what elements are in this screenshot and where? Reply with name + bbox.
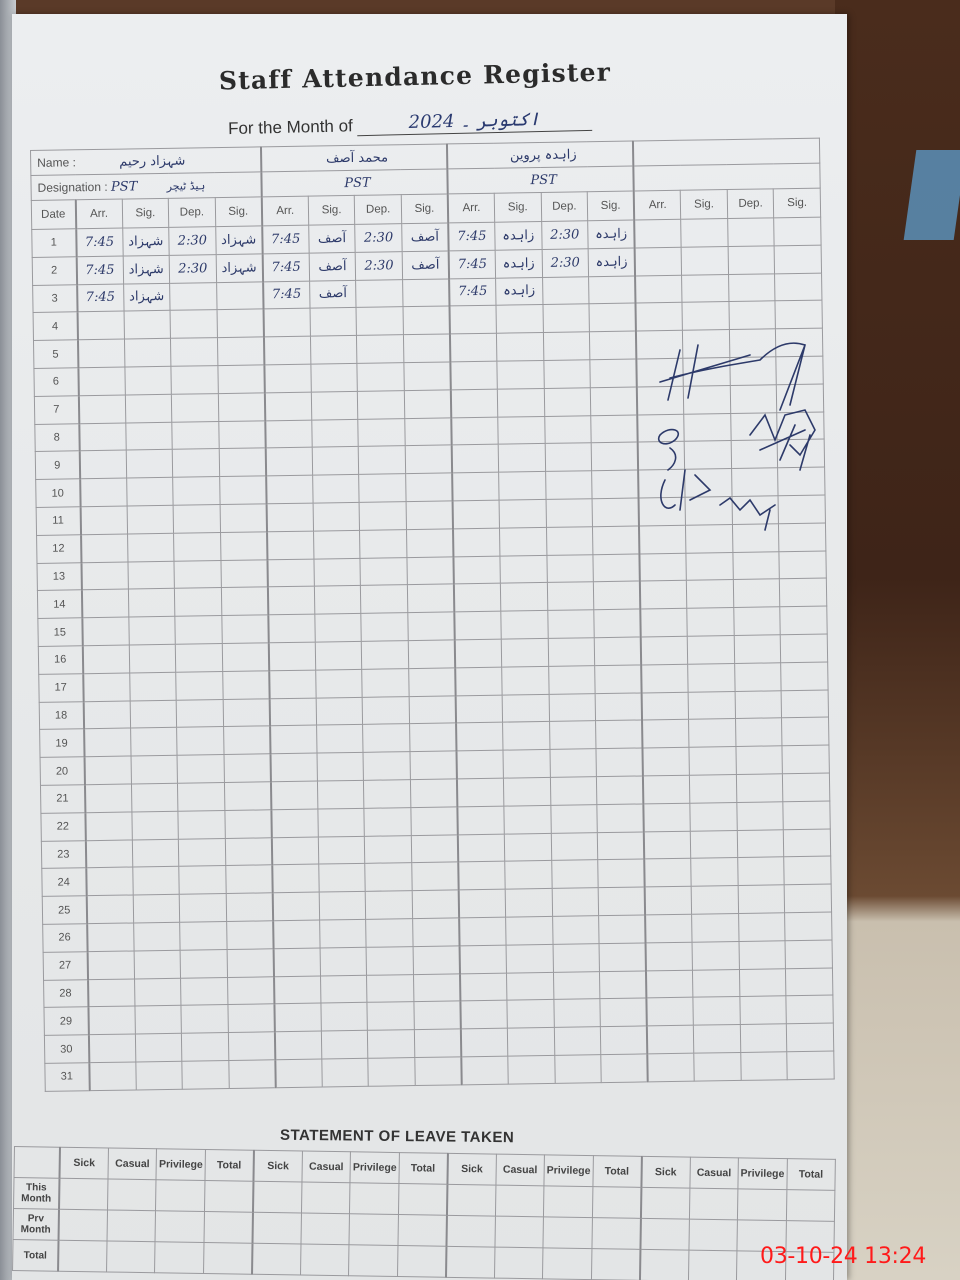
- departure-time-cell[interactable]: [361, 585, 408, 614]
- arrival-signature-cell[interactable]: [132, 867, 179, 896]
- arrival-signature-cell[interactable]: آصف: [309, 280, 356, 309]
- leave-value-cell[interactable]: [591, 1249, 640, 1280]
- departure-signature-cell[interactable]: [589, 303, 636, 332]
- departure-signature-cell[interactable]: [787, 1051, 834, 1080]
- departure-time-cell[interactable]: [180, 949, 227, 978]
- departure-time-cell[interactable]: [554, 1055, 601, 1084]
- departure-signature-cell[interactable]: [406, 473, 453, 502]
- departure-signature-cell[interactable]: [414, 1029, 461, 1058]
- arrival-signature-cell[interactable]: [128, 589, 175, 618]
- arrival-time-cell[interactable]: 7:45: [449, 278, 496, 307]
- leave-value-cell[interactable]: [447, 1184, 496, 1216]
- arrival-signature-cell[interactable]: [501, 611, 548, 640]
- departure-time-cell[interactable]: [176, 699, 223, 728]
- arrival-time-cell[interactable]: [88, 1006, 135, 1035]
- arrival-time-cell[interactable]: [453, 556, 500, 585]
- departure-time-cell[interactable]: [552, 916, 599, 945]
- departure-signature-cell[interactable]: [406, 501, 453, 530]
- departure-time-cell[interactable]: [547, 582, 594, 611]
- departure-time-cell[interactable]: [546, 499, 593, 528]
- departure-signature-cell[interactable]: [219, 476, 266, 505]
- departure-signature-cell[interactable]: [408, 640, 455, 669]
- arrival-signature-cell[interactable]: [504, 805, 551, 834]
- arrival-time-cell[interactable]: [85, 812, 132, 841]
- departure-time-cell[interactable]: [363, 724, 410, 753]
- departure-time-cell[interactable]: [359, 474, 406, 503]
- departure-time-cell[interactable]: [362, 641, 409, 670]
- arrival-time-cell[interactable]: [264, 336, 311, 365]
- departure-signature-cell[interactable]: [222, 643, 269, 672]
- departure-time-cell[interactable]: [171, 366, 218, 395]
- arrival-time-cell[interactable]: [271, 809, 318, 838]
- arrival-time-cell[interactable]: [648, 1053, 695, 1082]
- arrival-signature-cell[interactable]: [313, 530, 360, 559]
- arrival-signature-cell[interactable]: [133, 894, 180, 923]
- departure-time-cell[interactable]: [178, 838, 225, 867]
- departure-signature-cell[interactable]: [597, 776, 644, 805]
- arrival-signature-cell[interactable]: [314, 586, 361, 615]
- arrival-time-cell[interactable]: [273, 948, 320, 977]
- arrival-time-cell[interactable]: [642, 720, 689, 749]
- departure-signature-cell[interactable]: [225, 837, 272, 866]
- arrival-signature-cell[interactable]: [319, 864, 366, 893]
- arrival-time-cell[interactable]: [458, 834, 505, 863]
- arrival-signature-cell[interactable]: [689, 747, 736, 776]
- departure-signature-cell[interactable]: [782, 745, 829, 774]
- arrival-signature-cell[interactable]: [312, 475, 359, 504]
- departure-signature-cell[interactable]: [409, 695, 456, 724]
- departure-signature-cell[interactable]: [228, 1004, 275, 1033]
- arrival-time-cell[interactable]: [635, 247, 682, 276]
- arrival-time-cell[interactable]: [84, 756, 131, 785]
- departure-time-cell[interactable]: [550, 804, 597, 833]
- departure-signature-cell[interactable]: [413, 973, 460, 1002]
- arrival-time-cell[interactable]: [646, 970, 693, 999]
- arrival-signature-cell[interactable]: [692, 941, 739, 970]
- arrival-time-cell[interactable]: [82, 645, 129, 674]
- departure-time-cell[interactable]: [544, 388, 591, 417]
- arrival-time-cell[interactable]: [644, 803, 691, 832]
- arrival-time-cell[interactable]: [647, 997, 694, 1026]
- departure-time-cell[interactable]: 2:30: [541, 221, 588, 250]
- arrival-time-cell[interactable]: [456, 722, 503, 751]
- departure-signature-cell[interactable]: [219, 448, 266, 477]
- departure-signature-cell[interactable]: [222, 615, 269, 644]
- departure-time-cell[interactable]: [365, 835, 412, 864]
- departure-time-cell[interactable]: [368, 1030, 415, 1059]
- departure-signature-cell[interactable]: [785, 912, 832, 941]
- arrival-signature-cell[interactable]: آصف: [309, 224, 356, 253]
- departure-signature-cell[interactable]: [410, 779, 457, 808]
- arrival-signature-cell[interactable]: [312, 419, 359, 448]
- arrival-signature-cell[interactable]: [682, 302, 729, 331]
- leave-value-cell[interactable]: [641, 1187, 690, 1219]
- leave-value-cell[interactable]: [252, 1212, 301, 1244]
- leave-value-cell[interactable]: [349, 1214, 398, 1246]
- arrival-time-cell[interactable]: [265, 420, 312, 449]
- departure-signature-cell[interactable]: [217, 337, 264, 366]
- arrival-signature-cell[interactable]: [497, 360, 544, 389]
- arrival-time-cell[interactable]: [453, 500, 500, 529]
- arrival-signature-cell[interactable]: [321, 1003, 368, 1032]
- arrival-time-cell[interactable]: [635, 275, 682, 304]
- staff-name-cell-2[interactable]: محمد آصف: [261, 144, 448, 172]
- arrival-time-cell[interactable]: [266, 503, 313, 532]
- departure-signature-cell[interactable]: [592, 498, 639, 527]
- arrival-time-cell[interactable]: [275, 1031, 322, 1060]
- departure-signature-cell[interactable]: [774, 217, 821, 246]
- departure-signature-cell[interactable]: [600, 998, 647, 1027]
- arrival-time-cell[interactable]: [88, 1034, 135, 1063]
- departure-time-cell[interactable]: [543, 304, 590, 333]
- leave-value-cell[interactable]: [543, 1248, 592, 1280]
- departure-time-cell[interactable]: [367, 974, 414, 1003]
- designation-cell-2[interactable]: PST: [261, 169, 448, 197]
- departure-time-cell[interactable]: [360, 557, 407, 586]
- arrival-time-cell[interactable]: [273, 920, 320, 949]
- departure-time-cell[interactable]: [172, 421, 219, 450]
- departure-time-cell[interactable]: [551, 832, 598, 861]
- arrival-time-cell[interactable]: [88, 978, 135, 1007]
- departure-signature-cell[interactable]: [781, 634, 828, 663]
- departure-signature-cell[interactable]: [786, 995, 833, 1024]
- departure-signature-cell[interactable]: [783, 801, 830, 830]
- departure-signature-cell[interactable]: [780, 606, 827, 635]
- arrival-signature-cell[interactable]: [500, 555, 547, 584]
- arrival-signature-cell[interactable]: [692, 913, 739, 942]
- arrival-time-cell[interactable]: [461, 1056, 508, 1085]
- arrival-signature-cell[interactable]: [681, 219, 728, 248]
- departure-signature-cell[interactable]: [227, 976, 274, 1005]
- departure-time-cell[interactable]: [554, 999, 601, 1028]
- arrival-time-cell[interactable]: 7:45: [76, 256, 123, 285]
- departure-signature-cell[interactable]: [593, 554, 640, 583]
- departure-signature-cell[interactable]: [781, 662, 828, 691]
- arrival-signature-cell[interactable]: [502, 666, 549, 695]
- departure-signature-cell[interactable]: [598, 859, 645, 888]
- leave-value-cell[interactable]: [737, 1189, 786, 1221]
- departure-signature-cell[interactable]: [409, 723, 456, 752]
- departure-time-cell[interactable]: [174, 532, 221, 561]
- leave-value-cell[interactable]: [155, 1211, 204, 1243]
- departure-time-cell[interactable]: [170, 282, 217, 311]
- leave-value-cell[interactable]: [155, 1242, 204, 1274]
- departure-signature-cell[interactable]: [594, 637, 641, 666]
- arrival-signature-cell[interactable]: [694, 1052, 741, 1081]
- arrival-signature-cell[interactable]: [690, 802, 737, 831]
- departure-signature-cell[interactable]: زاہدہ: [588, 248, 635, 277]
- arrival-time-cell[interactable]: [77, 311, 124, 340]
- leave-value-cell[interactable]: [689, 1219, 738, 1251]
- arrival-signature-cell[interactable]: [135, 1033, 182, 1062]
- arrival-signature-cell[interactable]: [131, 783, 178, 812]
- arrival-time-cell[interactable]: [272, 892, 319, 921]
- departure-time-cell[interactable]: [359, 446, 406, 475]
- arrival-signature-cell[interactable]: [688, 663, 735, 692]
- arrival-time-cell[interactable]: [264, 364, 311, 393]
- arrival-signature-cell[interactable]: [687, 608, 734, 637]
- departure-signature-cell[interactable]: [592, 470, 639, 499]
- leave-value-cell[interactable]: [640, 1218, 689, 1250]
- arrival-time-cell[interactable]: [267, 531, 314, 560]
- departure-signature-cell[interactable]: آصف: [402, 251, 449, 280]
- departure-signature-cell[interactable]: [601, 1026, 648, 1055]
- leave-value-cell[interactable]: [543, 1217, 592, 1249]
- arrival-time-cell[interactable]: [640, 581, 687, 610]
- leave-value-cell[interactable]: [495, 1216, 544, 1248]
- leave-value-cell[interactable]: [156, 1180, 205, 1212]
- departure-time-cell[interactable]: [358, 418, 405, 447]
- arrival-time-cell[interactable]: [457, 778, 504, 807]
- departure-time-cell[interactable]: [728, 246, 775, 275]
- leave-value-cell[interactable]: [107, 1210, 156, 1242]
- arrival-time-cell[interactable]: [641, 608, 688, 637]
- departure-time-cell[interactable]: [176, 671, 223, 700]
- departure-signature-cell[interactable]: [412, 862, 459, 891]
- arrival-time-cell[interactable]: 7:45: [262, 253, 309, 282]
- departure-time-cell[interactable]: [739, 968, 786, 997]
- arrival-time-cell[interactable]: [634, 219, 681, 248]
- departure-time-cell[interactable]: [740, 996, 787, 1025]
- arrival-time-cell[interactable]: [647, 1025, 694, 1054]
- departure-signature-cell[interactable]: [220, 504, 267, 533]
- arrival-signature-cell[interactable]: [310, 336, 357, 365]
- arrival-time-cell[interactable]: [269, 698, 316, 727]
- arrival-time-cell[interactable]: [459, 889, 506, 918]
- departure-time-cell[interactable]: [171, 393, 218, 422]
- departure-signature-cell[interactable]: [594, 581, 641, 610]
- arrival-signature-cell[interactable]: [320, 947, 367, 976]
- departure-signature-cell[interactable]: [404, 362, 451, 391]
- arrival-signature-cell[interactable]: [130, 728, 177, 757]
- departure-signature-cell[interactable]: زاہدہ: [588, 220, 635, 249]
- arrival-signature-cell[interactable]: [314, 558, 361, 587]
- departure-time-cell[interactable]: [358, 390, 405, 419]
- departure-time-cell[interactable]: [741, 1052, 788, 1081]
- leave-value-cell[interactable]: [203, 1242, 252, 1274]
- departure-signature-cell[interactable]: [409, 668, 456, 697]
- departure-time-cell[interactable]: [175, 643, 222, 672]
- arrival-time-cell[interactable]: [460, 945, 507, 974]
- arrival-time-cell[interactable]: [455, 667, 502, 696]
- arrival-signature-cell[interactable]: [690, 774, 737, 803]
- departure-signature-cell[interactable]: [782, 717, 829, 746]
- arrival-time-cell[interactable]: [79, 450, 126, 479]
- arrival-signature-cell[interactable]: [135, 1061, 182, 1090]
- arrival-time-cell[interactable]: [268, 586, 315, 615]
- departure-signature-cell[interactable]: [223, 698, 270, 727]
- designation-cell-1[interactable]: Designation : PST ہیڈ ٹیچر: [31, 172, 262, 201]
- departure-signature-cell[interactable]: [414, 1001, 461, 1030]
- arrival-signature-cell[interactable]: [319, 891, 366, 920]
- departure-signature-cell[interactable]: [223, 726, 270, 755]
- arrival-signature-cell[interactable]: [310, 308, 357, 337]
- departure-signature-cell[interactable]: [221, 559, 268, 588]
- arrival-signature-cell[interactable]: [124, 339, 171, 368]
- arrival-time-cell[interactable]: [451, 389, 498, 418]
- departure-signature-cell[interactable]: [595, 665, 642, 694]
- arrival-signature-cell[interactable]: [681, 246, 728, 275]
- departure-signature-cell[interactable]: شہزاد: [216, 254, 263, 283]
- arrival-signature-cell[interactable]: [126, 450, 173, 479]
- leave-value-cell[interactable]: [350, 1183, 399, 1215]
- arrival-time-cell[interactable]: [84, 784, 131, 813]
- departure-time-cell[interactable]: [182, 1033, 229, 1062]
- leave-value-cell[interactable]: [349, 1245, 398, 1277]
- arrival-signature-cell[interactable]: [130, 700, 177, 729]
- leave-value-cell[interactable]: [592, 1218, 641, 1250]
- departure-time-cell[interactable]: [178, 810, 225, 839]
- departure-time-cell[interactable]: [728, 273, 775, 302]
- departure-signature-cell[interactable]: [590, 331, 637, 360]
- arrival-time-cell[interactable]: 7:45: [448, 222, 495, 251]
- departure-time-cell[interactable]: [544, 415, 591, 444]
- departure-signature-cell[interactable]: [787, 1023, 834, 1052]
- departure-signature-cell[interactable]: [589, 276, 636, 305]
- arrival-signature-cell[interactable]: [687, 580, 734, 609]
- arrival-signature-cell[interactable]: [503, 722, 550, 751]
- arrival-signature-cell[interactable]: [502, 694, 549, 723]
- departure-time-cell[interactable]: [368, 1057, 415, 1086]
- departure-signature-cell[interactable]: [217, 309, 264, 338]
- arrival-signature-cell[interactable]: [311, 391, 358, 420]
- arrival-signature-cell[interactable]: [320, 975, 367, 1004]
- departure-time-cell[interactable]: [357, 335, 404, 364]
- arrival-time-cell[interactable]: [642, 692, 689, 721]
- departure-signature-cell[interactable]: [407, 556, 454, 585]
- departure-signature-cell[interactable]: [404, 390, 451, 419]
- leave-value-cell[interactable]: [107, 1241, 156, 1273]
- arrival-signature-cell[interactable]: [315, 641, 362, 670]
- departure-time-cell[interactable]: [177, 727, 224, 756]
- departure-signature-cell[interactable]: [224, 782, 271, 811]
- departure-time-cell[interactable]: [547, 554, 594, 583]
- arrival-time-cell[interactable]: [457, 806, 504, 835]
- arrival-time-cell[interactable]: 7:45: [262, 225, 309, 254]
- arrival-signature-cell[interactable]: [507, 972, 554, 1001]
- departure-time-cell[interactable]: [366, 946, 413, 975]
- departure-time-cell[interactable]: [362, 668, 409, 697]
- arrival-signature-cell[interactable]: [134, 978, 181, 1007]
- arrival-time-cell[interactable]: [269, 642, 316, 671]
- arrival-signature-cell[interactable]: [321, 1030, 368, 1059]
- arrival-signature-cell[interactable]: [505, 889, 552, 918]
- departure-time-cell[interactable]: [735, 718, 782, 747]
- departure-time-cell[interactable]: [729, 301, 776, 330]
- arrival-time-cell[interactable]: [271, 781, 318, 810]
- departure-time-cell[interactable]: 2:30: [169, 227, 216, 256]
- arrival-time-cell[interactable]: [270, 725, 317, 754]
- departure-time-cell[interactable]: [177, 755, 224, 784]
- arrival-time-cell[interactable]: [265, 392, 312, 421]
- departure-time-cell[interactable]: [733, 579, 780, 608]
- arrival-signature-cell[interactable]: [316, 725, 363, 754]
- arrival-time-cell[interactable]: [80, 506, 127, 535]
- departure-signature-cell[interactable]: [408, 612, 455, 641]
- arrival-time-cell[interactable]: [456, 695, 503, 724]
- arrival-signature-cell[interactable]: آصف: [309, 252, 356, 281]
- departure-signature-cell[interactable]: [596, 748, 643, 777]
- arrival-time-cell[interactable]: [275, 1059, 322, 1088]
- departure-time-cell[interactable]: [356, 279, 403, 308]
- leave-value-cell[interactable]: [398, 1184, 447, 1216]
- leave-value-cell[interactable]: [397, 1246, 446, 1278]
- leave-value-cell[interactable]: [107, 1179, 156, 1211]
- arrival-signature-cell[interactable]: [500, 583, 547, 612]
- departure-time-cell[interactable]: [738, 885, 785, 914]
- arrival-signature-cell[interactable]: [505, 861, 552, 890]
- departure-time-cell[interactable]: [739, 940, 786, 969]
- departure-time-cell[interactable]: [360, 529, 407, 558]
- departure-signature-cell[interactable]: [591, 442, 638, 471]
- departure-signature-cell[interactable]: [413, 918, 460, 947]
- departure-time-cell[interactable]: [737, 801, 784, 830]
- arrival-signature-cell[interactable]: [499, 472, 546, 501]
- leave-value-cell[interactable]: [59, 1178, 108, 1210]
- departure-time-cell[interactable]: [179, 894, 226, 923]
- arrival-signature-cell[interactable]: [128, 616, 175, 645]
- arrival-signature-cell[interactable]: [126, 477, 173, 506]
- arrival-time-cell[interactable]: [452, 472, 499, 501]
- departure-signature-cell[interactable]: [599, 943, 646, 972]
- arrival-time-cell[interactable]: [452, 445, 499, 474]
- arrival-signature-cell[interactable]: [689, 719, 736, 748]
- departure-time-cell[interactable]: [175, 616, 222, 645]
- arrival-signature-cell[interactable]: [693, 969, 740, 998]
- departure-signature-cell[interactable]: [594, 609, 641, 638]
- arrival-signature-cell[interactable]: شہزاد: [122, 227, 169, 256]
- departure-time-cell[interactable]: [359, 502, 406, 531]
- arrival-signature-cell[interactable]: [507, 1027, 554, 1056]
- arrival-signature-cell[interactable]: [686, 552, 733, 581]
- departure-time-cell[interactable]: [547, 610, 594, 639]
- arrival-signature-cell[interactable]: [498, 444, 545, 473]
- departure-time-cell[interactable]: [178, 782, 225, 811]
- departure-signature-cell[interactable]: [222, 671, 269, 700]
- leave-value-cell[interactable]: [59, 1209, 108, 1241]
- arrival-signature-cell[interactable]: [132, 839, 179, 868]
- departure-time-cell[interactable]: 2:30: [355, 224, 402, 253]
- arrival-signature-cell[interactable]: [691, 830, 738, 859]
- arrival-time-cell[interactable]: [460, 1000, 507, 1029]
- arrival-time-cell[interactable]: [640, 553, 687, 582]
- departure-time-cell[interactable]: [180, 921, 227, 950]
- departure-signature-cell[interactable]: [783, 773, 830, 802]
- arrival-signature-cell[interactable]: [322, 1058, 369, 1087]
- arrival-time-cell[interactable]: [454, 611, 501, 640]
- designation-cell-4[interactable]: [634, 163, 821, 191]
- departure-time-cell[interactable]: [737, 829, 784, 858]
- arrival-signature-cell[interactable]: [124, 366, 171, 395]
- leave-value-cell[interactable]: [204, 1211, 253, 1243]
- leave-value-cell[interactable]: [446, 1246, 495, 1278]
- arrival-signature-cell[interactable]: [691, 858, 738, 887]
- departure-time-cell[interactable]: [364, 807, 411, 836]
- departure-time-cell[interactable]: [181, 977, 228, 1006]
- departure-time-cell[interactable]: [549, 721, 596, 750]
- arrival-signature-cell[interactable]: [498, 416, 545, 445]
- arrival-signature-cell[interactable]: [503, 777, 550, 806]
- arrival-time-cell[interactable]: [78, 367, 125, 396]
- departure-signature-cell[interactable]: [597, 804, 644, 833]
- arrival-signature-cell[interactable]: [133, 922, 180, 951]
- arrival-signature-cell[interactable]: [135, 1006, 182, 1035]
- leave-value-cell[interactable]: [446, 1215, 495, 1247]
- departure-time-cell[interactable]: [545, 471, 592, 500]
- departure-signature-cell[interactable]: شہزاد: [215, 226, 262, 255]
- arrival-signature-cell[interactable]: [506, 916, 553, 945]
- arrival-time-cell[interactable]: [460, 973, 507, 1002]
